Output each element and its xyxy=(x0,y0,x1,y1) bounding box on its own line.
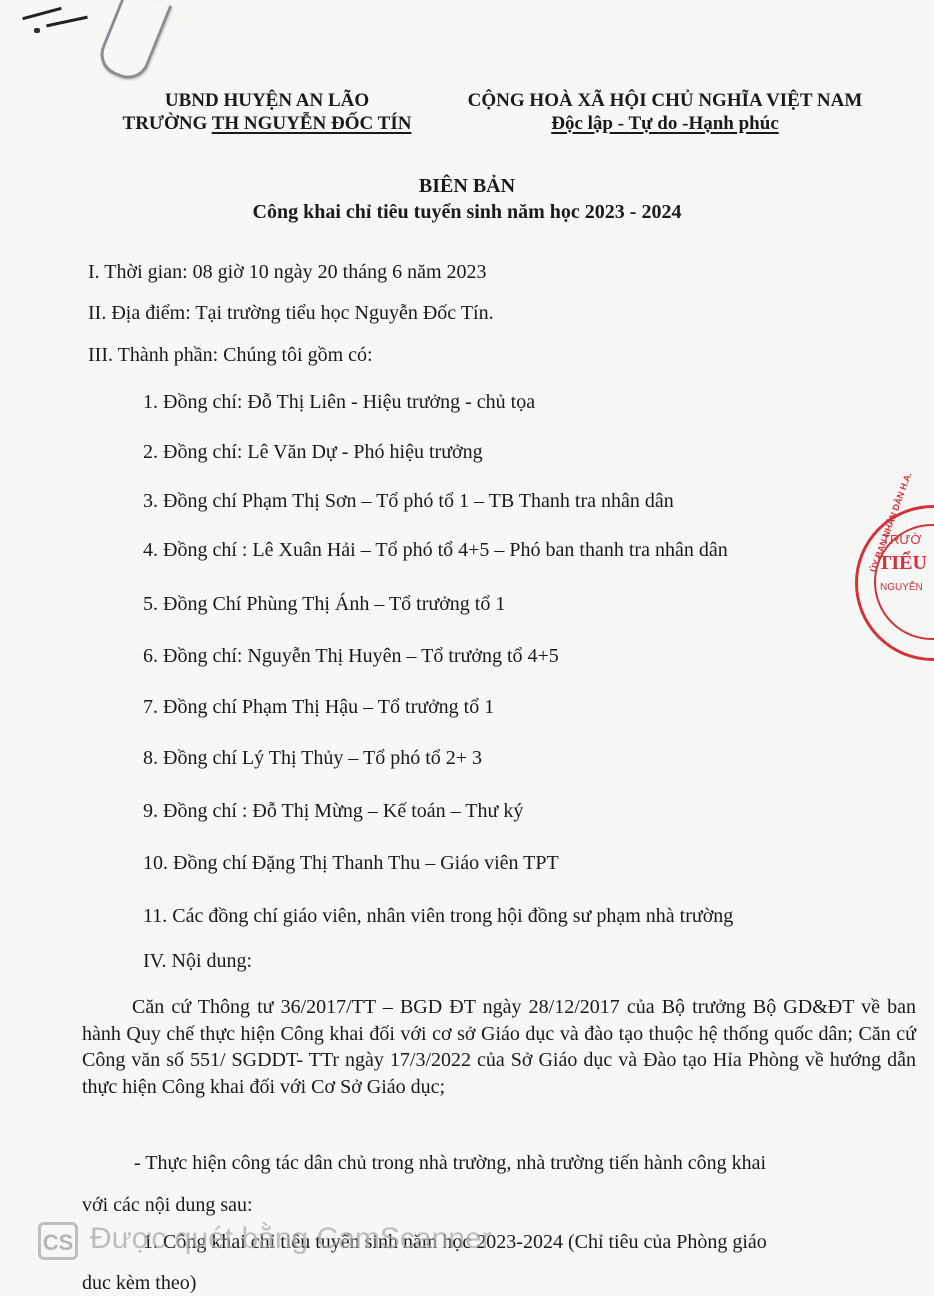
pen-mark xyxy=(46,16,88,28)
district-committee: UBND HUYỆN AN LÃO xyxy=(92,89,442,112)
list-item: 5. Đồng Chí Phùng Thị Ánh – Tổ trưởng tổ… xyxy=(143,591,505,617)
section-members-heading: III. Thành phần: Chúng tôi gồm có: xyxy=(88,342,373,368)
country-name: CỘNG HOÀ XÃ HỘI CHỦ NGHĨA VIỆT NAM xyxy=(440,89,890,112)
issuing-authority: UBND HUYỆN AN LÃO TRƯỜNG TH NGUYỄN ĐỐC T… xyxy=(92,89,442,135)
pen-mark xyxy=(22,7,61,20)
content-paragraph-implementation: - Thực hiện công tác dân chủ trong nhà t… xyxy=(134,1150,766,1176)
content-point-1-cont: duc kèm theo) xyxy=(82,1270,196,1296)
stamp-line-3: NGUYỄN xyxy=(880,582,923,593)
school-name: TRƯỜNG TH NGUYỄN ĐỐC TÍN xyxy=(92,112,442,135)
list-item: 4. Đồng chí : Lê Xuân Hải – Tổ phó tổ 4+… xyxy=(143,537,728,563)
content-paragraph-implementation-cont: với các nội dung sau: xyxy=(82,1192,253,1218)
pen-mark xyxy=(34,28,40,33)
list-item: 11. Các đồng chí giáo viên, nhân viên tr… xyxy=(143,903,733,929)
motto: Độc lập - Tự do -Hạnh phúc xyxy=(440,112,890,135)
national-motto: CỘNG HOÀ XÃ HỘI CHỦ NGHĨA VIỆT NAM Độc l… xyxy=(440,89,890,135)
list-item: 10. Đồng chí Đặng Thị Thanh Thu – Giáo v… xyxy=(143,850,559,876)
section-content-heading: IV. Nội dung: xyxy=(143,948,252,974)
document-subtitle: Công khai chỉ tiêu tuyển sinh năm học 20… xyxy=(0,201,934,224)
paper-clip-icon xyxy=(94,0,172,85)
camscanner-logo-icon: CS xyxy=(38,1222,78,1260)
content-paragraph-legal-basis: Căn cứ Thông tư 36/2017/TT – BGD ĐT ngày… xyxy=(82,994,916,1100)
section-place: II. Địa điểm: Tại trường tiểu học Nguyễn… xyxy=(88,300,494,326)
official-stamp: ỦY BAN NHÂN DÂN H.A. TRƯỜ TIỂU NGUYỄN xyxy=(855,505,934,661)
scanned-document-page: UBND HUYỆN AN LÃO TRƯỜNG TH NGUYỄN ĐỐC T… xyxy=(0,0,934,1296)
document-title: BIÊN BẢN xyxy=(0,175,934,198)
list-item: 7. Đồng chí Phạm Thị Hậu – Tổ trưởng tổ … xyxy=(143,694,494,720)
list-item: 9. Đồng chí : Đỗ Thị Mừng – Kế toán – Th… xyxy=(143,798,523,824)
list-item: 6. Đồng chí: Nguyễn Thị Huyên – Tổ trưởn… xyxy=(143,643,559,669)
camscanner-watermark: Được quét bằng CamScanner xyxy=(90,1222,492,1256)
list-item: 2. Đồng chí: Lê Văn Dự - Phó hiệu trưởng xyxy=(143,439,483,465)
list-item: 3. Đồng chí Phạm Thị Sơn – Tổ phó tổ 1 –… xyxy=(143,488,674,514)
list-item: 1. Đồng chí: Đỗ Thị Liên - Hiệu trưởng -… xyxy=(143,389,535,415)
section-time: I. Thời gian: 08 giờ 10 ngày 20 tháng 6 … xyxy=(88,259,487,285)
stamp-line-2: TIỂU xyxy=(878,552,927,575)
list-item: 8. Đồng chí Lý Thị Thủy – Tổ phó tổ 2+ 3 xyxy=(143,745,482,771)
stamp-line-1: TRƯỜ xyxy=(882,532,922,547)
